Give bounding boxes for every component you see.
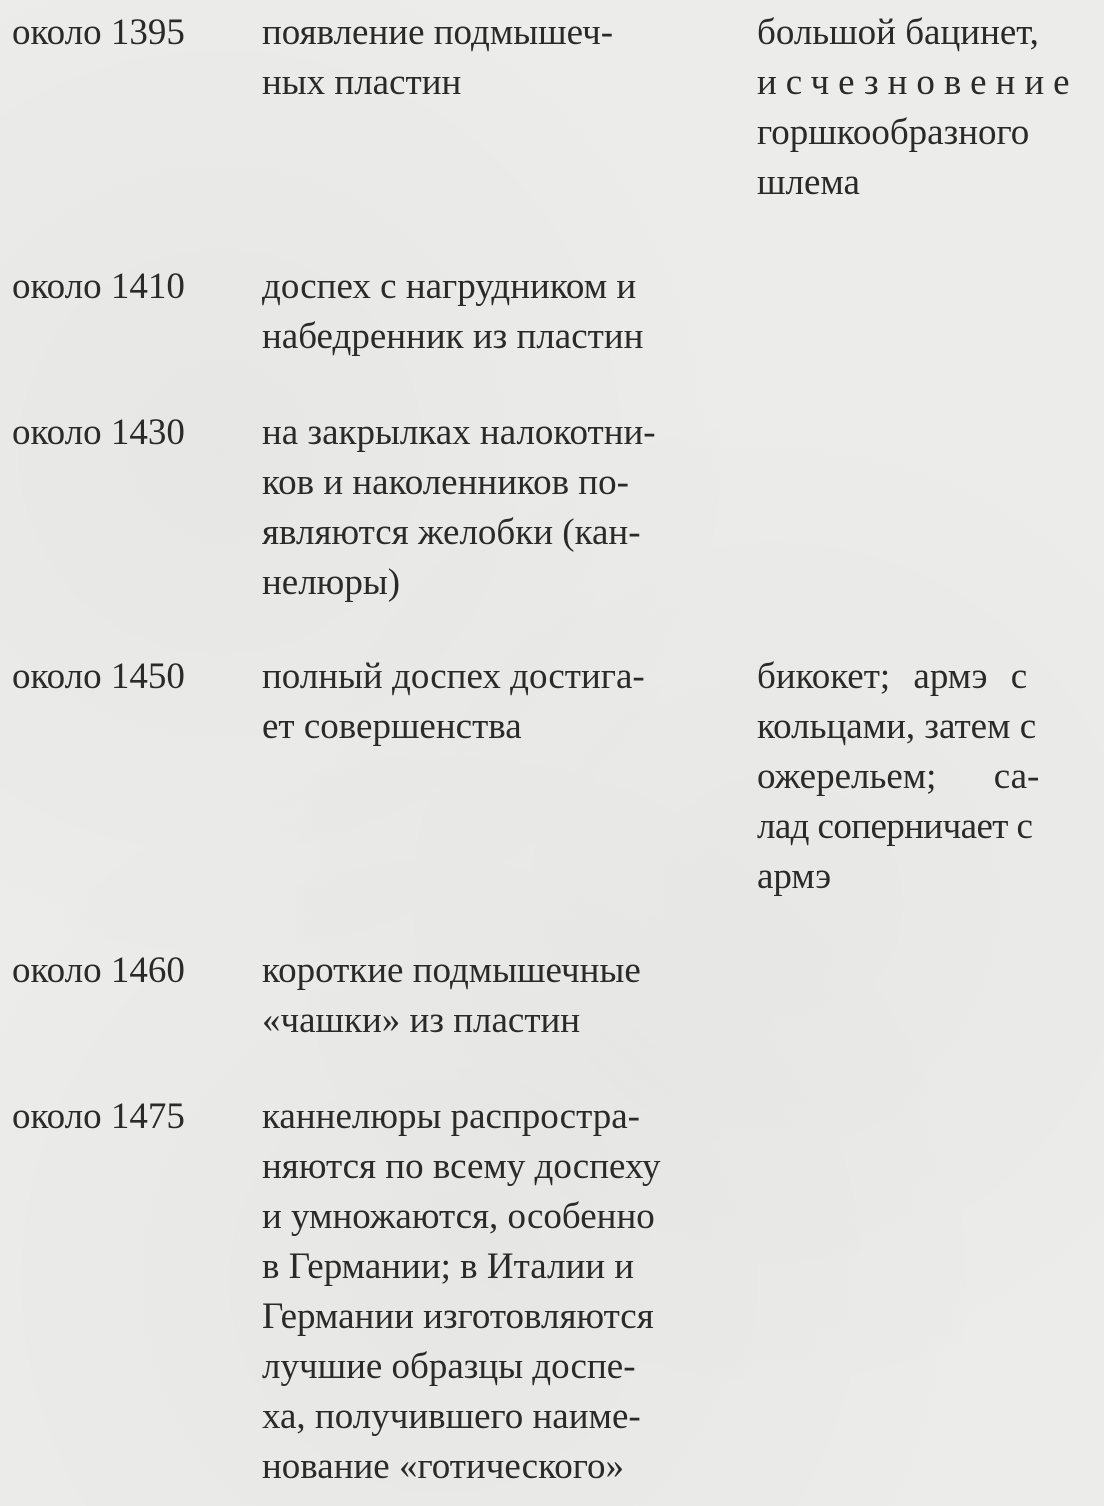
description-line: доспех с нагрудником и [262, 262, 722, 312]
description-line: нование «готического» [262, 1442, 722, 1492]
note-line: большой бацинет, [757, 8, 1087, 58]
description-line: и умножаются, особенно [262, 1192, 722, 1242]
timeline-date: около 1475 [12, 1092, 252, 1142]
note-line: кольцами, затем с [757, 702, 1087, 752]
description-line: ет совершенства [262, 702, 722, 752]
timeline-date: около 1395 [12, 8, 252, 58]
note-line: бикокет; армэ с [757, 652, 1087, 702]
timeline-helmet-note: большой бацинет, исчезновение горшкообра… [757, 8, 1087, 208]
timeline-date: около 1450 [12, 652, 252, 702]
description-line: появление подмышеч- [262, 8, 722, 58]
timeline-description: полный доспех достига- ет совершенства [262, 652, 722, 752]
description-line: являются желобки (кан- [262, 508, 722, 558]
timeline-description: короткие подмышечные «чашки» из пластин [262, 946, 722, 1046]
description-line: набедренник из пластин [262, 312, 722, 362]
description-line: каннелюры распростра- [262, 1092, 722, 1142]
timeline-description: каннелюры распростра- няются по всему до… [262, 1092, 722, 1492]
timeline-date: около 1430 [12, 408, 252, 458]
description-line: Германии изготовляются [262, 1292, 722, 1342]
note-line: исчезновение [757, 58, 1087, 108]
note-line: лад соперничает с [757, 802, 1087, 852]
timeline-page: около 1395 появление подмышеч- ных пласт… [0, 0, 1104, 1506]
note-line: армэ [757, 852, 1087, 902]
description-line: на закрылках налокотни- [262, 408, 722, 458]
description-line: нелюры) [262, 558, 722, 608]
note-line: шлема [757, 158, 1087, 208]
description-line: ха, получившего наиме- [262, 1392, 722, 1442]
timeline-helmet-note: бикокет; армэ с кольцами, затем с ожерел… [757, 652, 1087, 902]
note-line: горшкообразного [757, 108, 1087, 158]
description-line: ков и наколенников по- [262, 458, 722, 508]
timeline-description: появление подмышеч- ных пластин [262, 8, 722, 108]
timeline-description: доспех с нагрудником и набедренник из пл… [262, 262, 722, 362]
description-line: няются по всему доспеху [262, 1142, 722, 1192]
timeline-date: около 1460 [12, 946, 252, 996]
description-line: в Германии; в Италии и [262, 1242, 722, 1292]
note-line: ожерельем; са- [757, 752, 1087, 802]
description-line: полный доспех достига- [262, 652, 722, 702]
description-line: ных пластин [262, 58, 722, 108]
timeline-date: около 1410 [12, 262, 252, 312]
description-line: «чашки» из пластин [262, 996, 722, 1046]
description-line: короткие подмышечные [262, 946, 722, 996]
timeline-description: на закрылках налокотни- ков и наколенник… [262, 408, 722, 608]
description-line: лучшие образцы доспе- [262, 1342, 722, 1392]
